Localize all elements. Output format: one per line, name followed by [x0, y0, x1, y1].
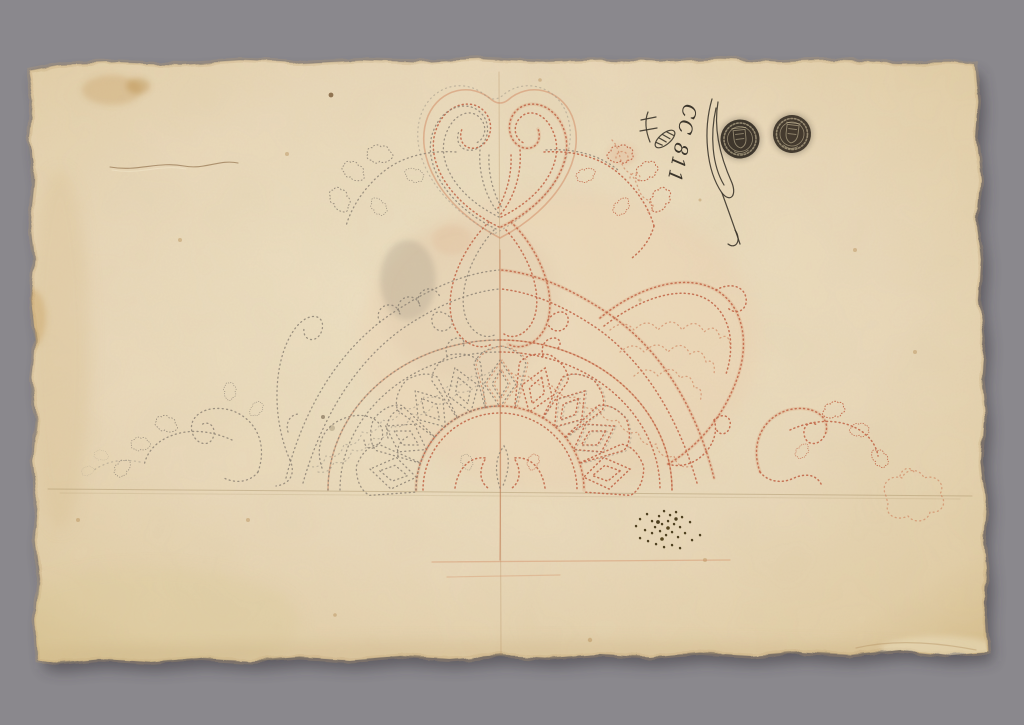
dark-fleck-3: [329, 425, 335, 431]
chalk-smudge: [432, 225, 472, 255]
artifact-photo: CC 811: [0, 0, 1024, 725]
graphite-smudge: [380, 240, 436, 320]
dark-fleck: [329, 93, 334, 98]
dark-fleck-2: [321, 415, 325, 419]
left-edge-shading: [30, 170, 90, 530]
stain-top-left-2: [126, 78, 150, 94]
photo-canvas: CC 811: [0, 0, 1024, 725]
